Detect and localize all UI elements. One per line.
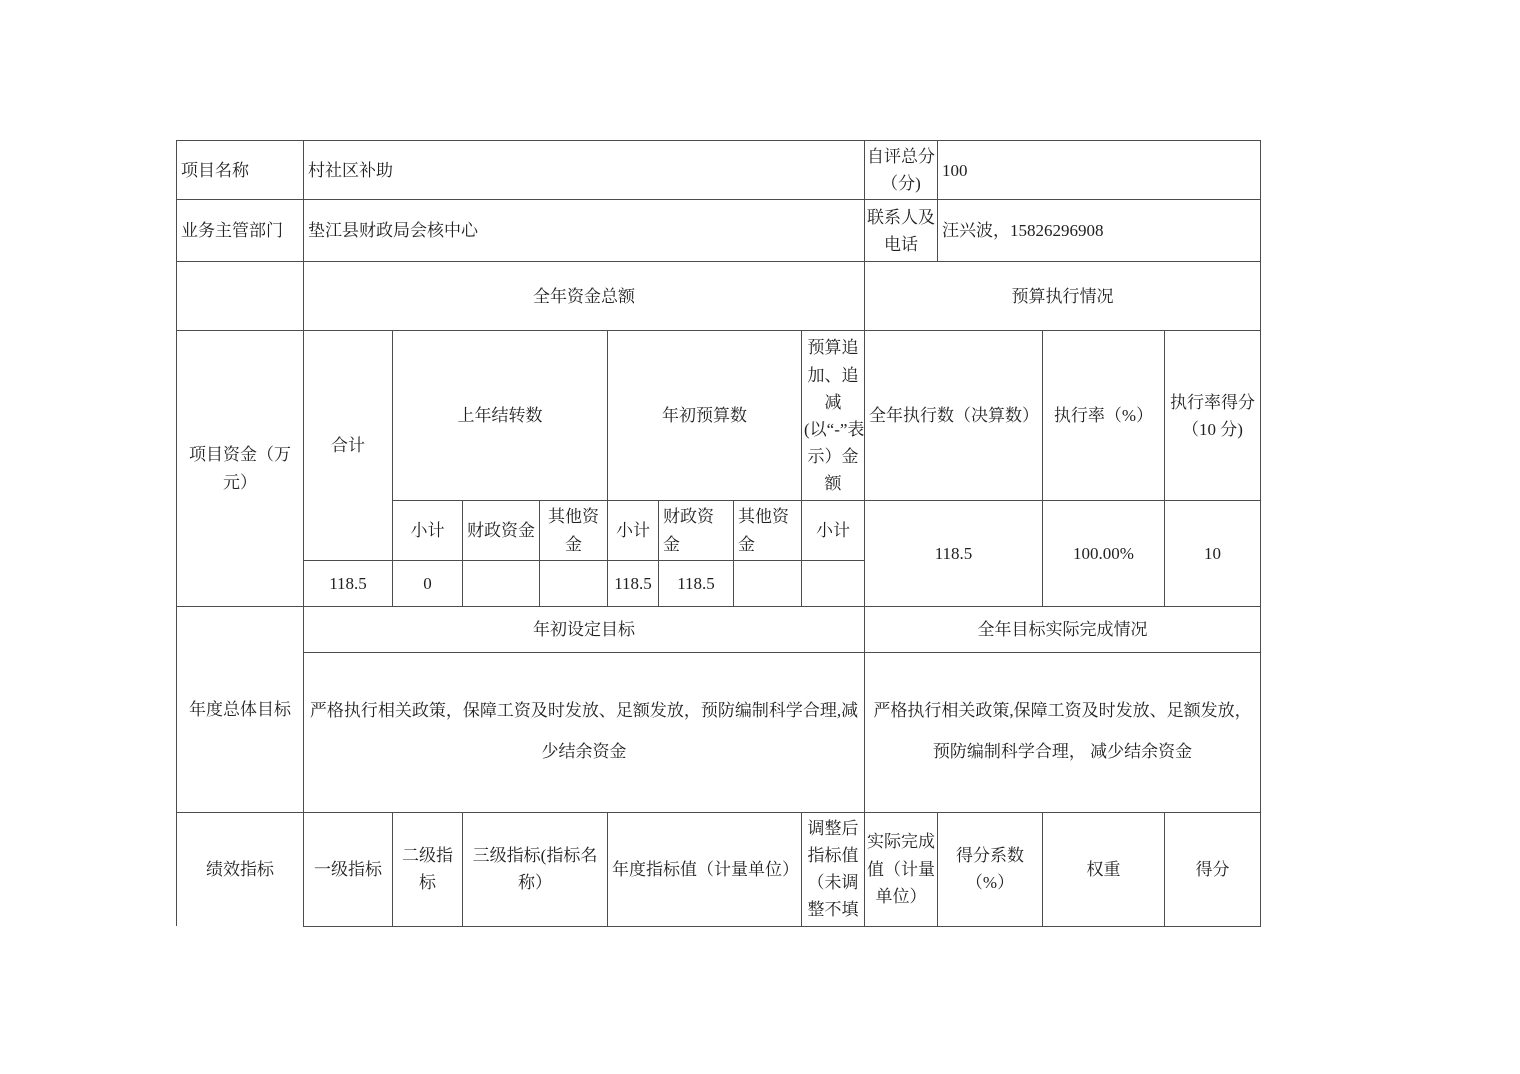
indicator-actual-value-header: 实际完成值（计量单位） [865,812,938,926]
initial-goal-text: 严格执行相关政策，保障工资及时发放、足额发放，预防编制科学合理,减少结余资金 [304,652,865,812]
actual-goal-header: 全年目标实际完成情况 [865,606,1261,652]
carryover-other-header: 其他资金 [540,501,608,560]
dept-label: 业务主管部门 [177,200,304,262]
execution-rate-header: 执行率（%） [1043,331,1165,501]
document-page: 项目名称 村社区补助 自评总分（分) 100 业务主管部门 垫江县财政局会核中心… [0,0,1520,1074]
annual-funds-total-header: 全年资金总额 [304,262,865,331]
project-name-label: 项目名称 [177,141,304,200]
self-score-label: 自评总分（分) [865,141,938,200]
execution-rate-score-header: 执行率得分（10 分) [1165,331,1261,501]
self-score-value: 100 [938,141,1261,200]
initial-budget-header: 年初预算数 [608,331,802,501]
carryover-subtotal-value: 0 [393,560,463,606]
empty-cell [177,262,304,331]
indicator-score-header: 得分 [1165,812,1261,926]
carryover-fiscal-value [463,560,540,606]
funds-row-label: 项目资金（万元） [177,331,304,606]
indicator-level3-header: 三级指标(指标名称） [463,812,608,926]
dept-value: 垫江县财政局会核中心 [304,200,865,262]
carryover-header: 上年结转数 [393,331,608,501]
initial-fiscal-header: 财政资金 [659,501,734,560]
evaluation-table: 项目名称 村社区补助 自评总分（分) 100 业务主管部门 垫江县财政局会核中心… [176,140,1261,927]
execution-value: 118.5 [865,501,1043,606]
goals-row-label: 年度总体目标 [177,606,304,812]
funds-total-value: 118.5 [304,560,393,606]
initial-subtotal-header: 小计 [608,501,659,560]
execution-rate-value: 100.00% [1043,501,1165,606]
project-name-value: 村社区补助 [304,141,865,200]
budget-execution-header: 预算执行情况 [865,262,1261,331]
indicator-level1-header: 一级指标 [304,812,393,926]
carryover-fiscal-header: 财政资金 [463,501,540,560]
funds-total-header: 合计 [304,331,393,560]
indicators-row-label: 绩效指标 [177,812,304,926]
indicator-level2-header: 二级指标 [393,812,463,926]
indicator-adjusted-value-header: 调整后指标值（未调整不填 [802,812,865,926]
indicator-score-coeff-header: 得分系数（%） [938,812,1043,926]
initial-other-header: 其他资金 [734,501,802,560]
initial-subtotal-value: 118.5 [608,560,659,606]
actual-goal-text: 严格执行相关政策,保障工资及时发放、足额发放，预防编制科学合理， 减少结余资金 [865,652,1261,812]
indicator-weight-header: 权重 [1043,812,1165,926]
initial-goal-header: 年初设定目标 [304,606,865,652]
adjustment-subtotal-header: 小计 [802,501,865,560]
carryover-other-value [540,560,608,606]
execution-rate-score-value: 10 [1165,501,1261,606]
initial-fiscal-value: 118.5 [659,560,734,606]
contact-label: 联系人及电话 [865,200,938,262]
indicator-annual-value-header: 年度指标值（计量单位） [608,812,802,926]
execution-header: 全年执行数（决算数） [865,331,1043,501]
contact-value: 汪兴波，15826296908 [938,200,1261,262]
initial-other-value [734,560,802,606]
adjustment-subtotal-value [802,560,865,606]
carryover-subtotal-header: 小计 [393,501,463,560]
adjustment-header: 预算追加、追减(以“-”表示）金额 [802,331,865,501]
